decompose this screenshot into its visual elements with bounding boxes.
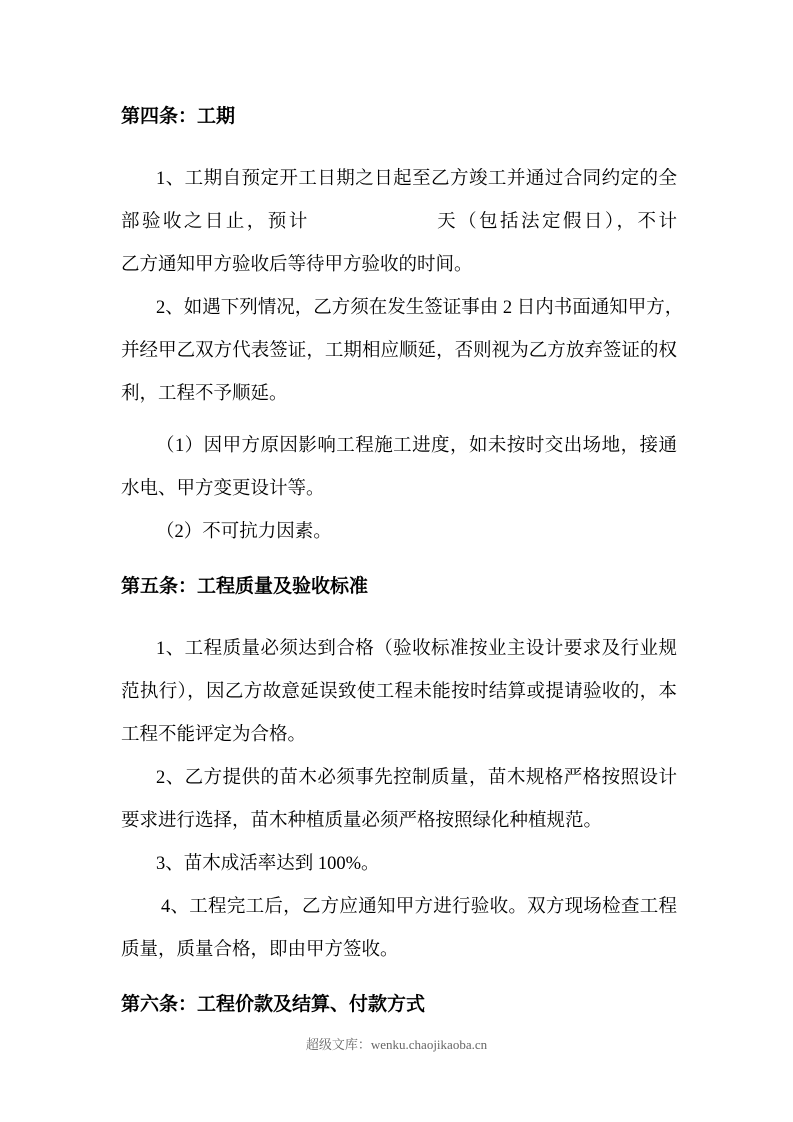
document-body: 第四条：工期1、工期自预定开工日期之日起至乙方竣工并通过合同约定的全部验收之日止…: [121, 95, 677, 1046]
text-span: 乙方通知甲方验收后等待甲方验收的时间。: [121, 255, 473, 275]
section-heading: 第六条：工程价款及结算、付款方式: [121, 983, 677, 1026]
text-span: 水电、甲方变更设计等。: [121, 479, 325, 499]
paragraph: 4、工程完工后，乙方应通知甲方进行验收。双方现场检查工程质量，质量合格，即由甲方…: [121, 886, 677, 972]
text-span: 1、工期自预定开工日期之日起至乙方竣工并通过合同约定的全: [156, 169, 677, 189]
text-span: 3、苗木成活率达到 100%。: [156, 854, 380, 874]
paragraph: 2、如遇下列情况，乙方须在发生签证事由 2 日内书面通知甲方，并经甲乙双方代表签…: [121, 287, 677, 416]
text-line: 2、乙方提供的苗木必须事先控制质量，苗木规格严格按照设计: [121, 757, 677, 800]
text-line: 3、苗木成活率达到 100%。: [121, 843, 677, 886]
text-span: 工程不能评定为合格。: [121, 725, 306, 745]
text-span: 1、工程质量必须达到合格（验收标准按业主设计要求及行业规: [156, 639, 677, 659]
text-line: 部验收之日止，预计天（包括法定假日），不计: [121, 201, 677, 244]
text-line: 4、工程完工后，乙方应通知甲方进行验收。双方现场检查工程: [121, 886, 677, 929]
text-span: 部验收之日止，预计: [121, 212, 310, 232]
paragraph: （2）不可抗力因素。: [121, 511, 677, 554]
text-line: 要求进行选择，苗木种植质量必须严格按照绿化种植规范。: [121, 800, 677, 843]
text-line: 范执行），因乙方故意延误致使工程未能按时结算或提请验收的，本: [121, 671, 677, 714]
document-page: 第四条：工期1、工期自预定开工日期之日起至乙方竣工并通过合同约定的全部验收之日止…: [0, 0, 793, 1122]
text-line: 2、如遇下列情况，乙方须在发生签证事由 2 日内书面通知甲方，: [121, 287, 677, 330]
text-span: 范执行），因乙方故意延误致使工程未能按时结算或提请验收的，本: [121, 682, 677, 702]
text-line: 乙方通知甲方验收后等待甲方验收的时间。: [121, 244, 677, 287]
text-span: 4、工程完工后，乙方应通知甲方进行验收。双方现场检查工程: [161, 897, 677, 917]
text-span: 利，工程不予顺延。: [121, 384, 288, 404]
text-span: 2、乙方提供的苗木必须事先控制质量，苗木规格严格按照设计: [156, 768, 677, 788]
text-span: 2、如遇下列情况，乙方须在发生签证事由 2 日内书面通知甲方，: [156, 298, 683, 318]
paragraph: 3、苗木成活率达到 100%。: [121, 843, 677, 886]
section-heading: 第四条：工期: [121, 95, 677, 138]
fill-in-blank-days: [310, 225, 435, 227]
text-line: 利，工程不予顺延。: [121, 373, 677, 416]
text-span: （1）因甲方原因影响工程施工进度，如未按时交出场地，接通: [156, 436, 677, 456]
text-line: 工程不能评定为合格。: [121, 714, 677, 757]
text-line: 1、工期自预定开工日期之日起至乙方竣工并通过合同约定的全: [121, 158, 677, 201]
text-line: 1、工程质量必须达到合格（验收标准按业主设计要求及行业规: [121, 628, 677, 671]
text-line: （2）不可抗力因素。: [121, 511, 677, 554]
paragraph: 1、工期自预定开工日期之日起至乙方竣工并通过合同约定的全部验收之日止，预计天（包…: [121, 158, 677, 287]
text-line: 水电、甲方变更设计等。: [121, 468, 677, 511]
paragraph: 1、工程质量必须达到合格（验收标准按业主设计要求及行业规范执行），因乙方故意延误…: [121, 628, 677, 757]
text-line: 并经甲乙双方代表签证，工期相应顺延，否则视为乙方放弃签证的权: [121, 330, 677, 373]
text-span: 要求进行选择，苗木种植质量必须严格按照绿化种植规范。: [121, 811, 602, 831]
text-span: （2）不可抗力因素。: [156, 522, 332, 542]
paragraph: 2、乙方提供的苗木必须事先控制质量，苗木规格严格按照设计要求进行选择，苗木种植质…: [121, 757, 677, 843]
text-span: 质量，质量合格，即由甲方签收。: [121, 940, 399, 960]
text-span: 并经甲乙双方代表签证，工期相应顺延，否则视为乙方放弃签证的权: [121, 341, 677, 361]
section-heading: 第五条：工程质量及验收标准: [121, 565, 677, 608]
footer-watermark: 超级文库：wenku.chaojikaoba.cn: [0, 1036, 793, 1054]
text-line: 质量，质量合格，即由甲方签收。: [121, 929, 677, 972]
paragraph: （1）因甲方原因影响工程施工进度，如未按时交出场地，接通水电、甲方变更设计等。: [121, 425, 677, 511]
text-line: （1）因甲方原因影响工程施工进度，如未按时交出场地，接通: [121, 425, 677, 468]
text-span: 天（包括法定假日），不计: [435, 212, 677, 232]
